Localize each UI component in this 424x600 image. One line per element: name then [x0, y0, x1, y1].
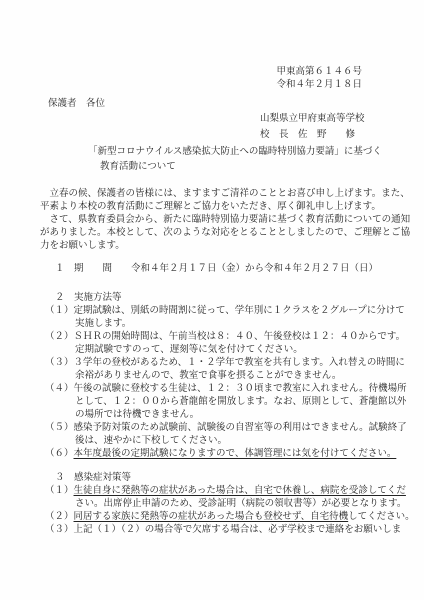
doc-text: ２ 実施方法等	[55, 293, 122, 303]
document-body: 立春の候、保護者の皆様には、ますますご清祥のこととお喜び申し上げます。また、平素…	[40, 188, 392, 537]
doc-line: の場所では待機できません。	[40, 409, 392, 422]
recipient: 保護者 各位	[40, 98, 392, 111]
doc-line: （２）ＳＨＲの開始時間は、午前当校は８：４０、午後登校は１２：４０からです。	[40, 331, 392, 344]
doc-line: さい。出席停止申請のため、受診証明（病院の領収書等）が必要となります。	[40, 498, 392, 511]
doc-line: として、１２：００から蒼龍館を開放します。なお、原則として、蒼龍館以外	[40, 396, 392, 409]
doc-text: さい。出席停止申請のため、受診証明（病院の領収書等）が必要となります。	[75, 499, 406, 509]
doc-text: （４）午後の試験に登校する生徒は、１２：３０頃まで教室に入れません。待機場所	[45, 384, 407, 394]
doc-line: （４）午後の試験に登校する生徒は、１２：３０頃まで教室に入れません。待機場所	[40, 383, 392, 396]
document-content: 甲東高第６１４６号 令和４年２月１８日 保護者 各位 山梨県立甲府東高等学校 校…	[0, 0, 424, 537]
document-title-line1: 「新型コロナウイルス感染拡大防止への臨時特別協力要請」に基づく	[40, 146, 392, 159]
document-page: 甲東高第６１４６号 令和４年２月１８日 保護者 各位 山梨県立甲府東高等学校 校…	[0, 0, 424, 600]
doc-line: ２ 実施方法等	[40, 292, 392, 305]
doc-line: （３）３学年の登校があるため、１・２学年で教室を共有します。入れ替えの時間に	[40, 357, 392, 370]
sender-block: 山梨県立甲府東高等学校 校 長 佐 野 修	[40, 113, 392, 142]
doc-line: 定期試験ですのって、遅刻等に気を付けてください。	[40, 344, 392, 357]
doc-text: （５）感染予防対策のため試験前、試験後の自習室等の利用はできません。試験終了	[45, 423, 407, 433]
doc-text: （３）３学年の登校があるため、１・２学年で教室を共有します。入れ替えの時間に	[45, 358, 405, 368]
doc-line: 後は、速やかに下校してください。	[40, 435, 392, 448]
doc-line: 平素より本校の教育活動にご理解とご協力をいただき、厚く御礼申し上げます。	[40, 201, 392, 214]
doc-text: してください。	[348, 512, 415, 522]
document-header-right: 甲東高第６１４６号 令和４年２月１８日	[40, 66, 362, 92]
doc-text-underlined: 生徒自身に発熱等の症状があった場合は、自宅で休養し、病院を受診してくだ	[74, 486, 406, 496]
doc-line: 余裕がありませんので、教室で食事を摂ることができません。	[40, 370, 392, 383]
doc-text: （２）ＳＨＲの開始時間は、午前当校は８：４０、午後登校は１２：４０からです。	[45, 332, 405, 342]
doc-text: 余裕がありませんので、教室で食事を摂ることができません。	[75, 371, 341, 381]
doc-text: の場所では待機できません。	[75, 410, 199, 420]
doc-text: として、１２：００から蒼龍館を開放します。なお、原則として、蒼龍館以外	[75, 397, 406, 407]
doc-text-underlined: 同居する家族に発熱等の症状があった場合も登校せず、自宅待機	[74, 512, 349, 522]
doc-line: （５）感染予防対策のため試験前、試験後の自習室等の利用はできません。試験終了	[40, 422, 392, 435]
doc-text: 後は、速やかに下校してください。	[75, 436, 227, 446]
doc-text: （１）	[45, 486, 74, 496]
doc-text: 定期試験ですのって、遅刻等に気を付けてください。	[75, 345, 303, 355]
doc-text: １ 期 間 令和４年２月１７日（金）から令和４年２月２７日（日）	[55, 264, 378, 274]
sender-school: 山梨県立甲府東高等学校	[260, 113, 392, 126]
doc-text: さて、県教育委員会から、新たに臨時特別協力要請に基づく教育活動についての通知	[40, 215, 410, 225]
doc-text: 実施します。	[75, 319, 131, 329]
doc-text-underlined: 本年度最後の定期試験になりますので、体調管理には気を付けてください。	[74, 449, 397, 459]
doc-line: （１）生徒自身に発熱等の症状があった場合は、自宅で休養し、病院を受診してくだ	[40, 485, 392, 498]
sender-principal: 校 長 佐 野 修	[260, 129, 392, 142]
doc-line: がありました。本校として、次のような対応をとることとしましたので、ご理解とご協	[40, 227, 392, 240]
doc-line: （３）上記（１）（２）の場合等で欠席する場合は、必ず学校まで連絡をお願いしま	[40, 524, 392, 537]
doc-text: （３）上記（１）（２）の場合等で欠席する場合は、必ず学校まで連絡をお願いしま	[45, 525, 401, 535]
doc-line: １ 期 間 令和４年２月１７日（金）から令和４年２月２７日（日）	[40, 263, 392, 276]
doc-text: ３ 感染症対策等	[55, 473, 131, 483]
doc-number: 甲東高第６１４６号	[40, 66, 362, 79]
doc-text: （１）定期試験は、別紙の時間割に従って、学年別に１クラスを２グループに分けて	[45, 306, 405, 316]
doc-line: さて、県教育委員会から、新たに臨時特別協力要請に基づく教育活動についての通知	[40, 214, 392, 227]
doc-text: がありました。本校として、次のような対応をとることとしましたので、ご理解とご協	[40, 228, 410, 238]
doc-text: 立春の候、保護者の皆様には、ますますご清祥のこととお喜び申し上げます。また、	[40, 189, 410, 199]
doc-line: （２）同居する家族に発熱等の症状があった場合も登校せず、自宅待機してください。	[40, 511, 392, 524]
doc-line: 力をお願いします。	[40, 240, 392, 253]
doc-text: （２）	[45, 512, 74, 522]
document-title-line2: 教育活動について	[40, 161, 392, 174]
doc-text: （６）	[45, 449, 74, 459]
doc-line: （１）定期試験は、別紙の時間割に従って、学年別に１クラスを２グループに分けて	[40, 305, 392, 318]
doc-text: 力をお願いします。	[40, 241, 125, 251]
doc-line: （６）本年度最後の定期試験になりますので、体調管理には気を付けてください。	[40, 448, 392, 461]
doc-date: 令和４年２月１８日	[40, 79, 362, 92]
doc-text: 平素より本校の教育活動にご理解とご協力をいただき、厚く御礼申し上げます。	[40, 202, 381, 212]
doc-line: ３ 感染症対策等	[40, 472, 392, 485]
doc-line: 立春の候、保護者の皆様には、ますますご清祥のこととお喜び申し上げます。また、	[40, 188, 392, 201]
doc-line: 実施します。	[40, 318, 392, 331]
